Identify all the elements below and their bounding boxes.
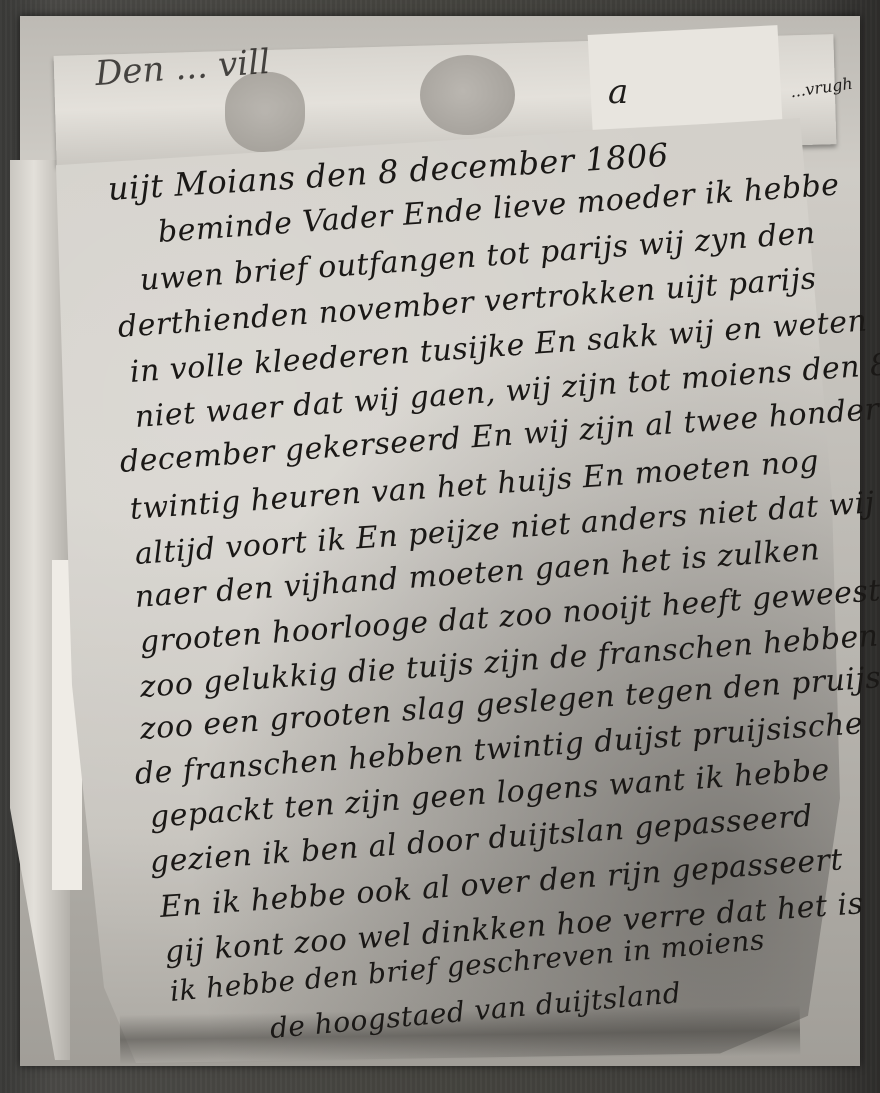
letter-text-block: uijt Moians den 8 december 1806 beminde …: [0, 0, 880, 1093]
